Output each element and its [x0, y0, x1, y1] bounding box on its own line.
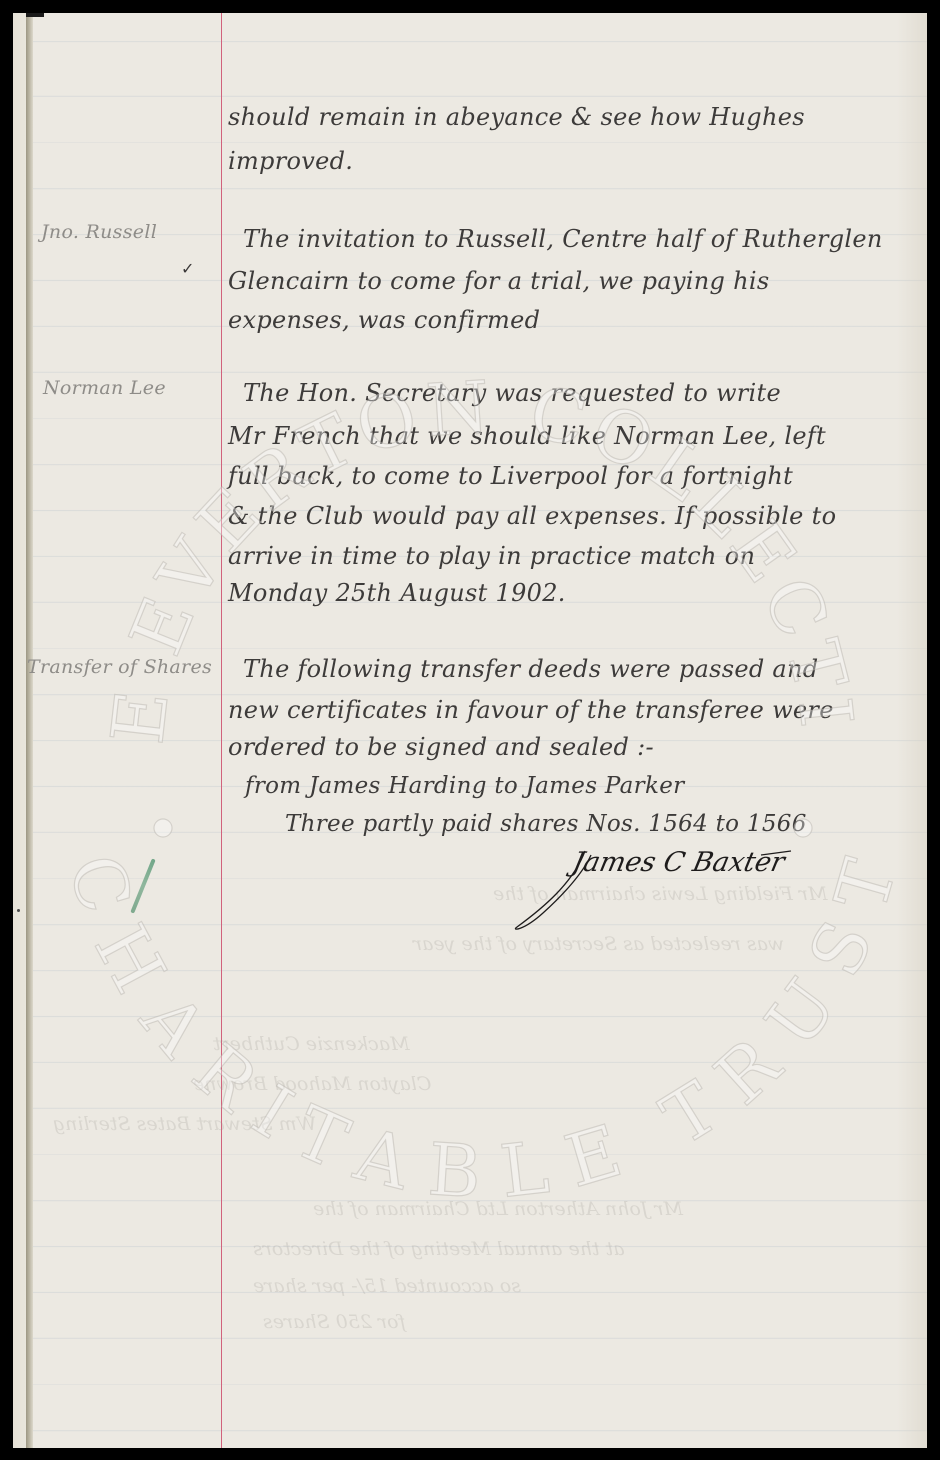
body-line: improved.	[228, 147, 353, 175]
body-line: The following transfer deeds were passed…	[243, 655, 818, 683]
body-line: Mr French that we should like Norman Lee…	[228, 422, 826, 450]
bleed-through-line: Mackenzie Cuthbert	[213, 1033, 410, 1055]
body-line: arrive in time to play in practice match…	[228, 542, 755, 570]
margin-label-transfer-of-shares: Transfer of Shares	[27, 656, 212, 678]
body-line: new certificates in favour of the transf…	[228, 696, 834, 724]
bleed-through-line: so accounted 15/- per share	[253, 1275, 521, 1297]
signature-flourish	[503, 843, 803, 933]
scan-frame: Mr Fielding Lewis chairman of the was re…	[0, 0, 940, 1460]
bleed-through-line: for 250 Shares	[263, 1311, 406, 1333]
bleed-through-line: Wm Stewart Bates Sterling	[53, 1113, 316, 1135]
bleed-through-line: at the annual Meeting of the Directors	[253, 1238, 625, 1260]
body-line: Glencairn to come for a trial, we paying…	[228, 267, 769, 295]
bleed-through-line: Mr John Atherton Ltd Chairman of the	[313, 1198, 683, 1220]
page-edge-shade	[897, 13, 927, 1448]
checkmark-icon: ✓	[181, 259, 194, 278]
body-line: full back, to come to Liverpool for a fo…	[228, 462, 793, 490]
binding-gutter	[26, 13, 33, 1448]
body-line: expenses, was confirmed	[228, 306, 540, 334]
bleed-through-line: was reelected as Secretary of the year	[413, 933, 784, 955]
body-line: from James Harding to James Parker	[245, 773, 684, 799]
ink-speck	[17, 909, 20, 912]
bleed-through-line: Clayton Mahood Browne	[193, 1073, 431, 1095]
margin-label-norman-lee: Norman Lee	[43, 377, 166, 399]
ledger-page: Mr Fielding Lewis chairman of the was re…	[13, 13, 927, 1448]
body-line: Monday 25th August 1902.	[228, 579, 566, 607]
margin-label-russell: Jno. Russell	[41, 221, 157, 243]
body-line: The invitation to Russell, Centre half o…	[243, 225, 883, 253]
body-line: ordered to be signed and sealed :-	[228, 733, 654, 761]
binding-strip	[13, 13, 26, 1448]
body-line: The Hon. Secretary was requested to writ…	[243, 379, 781, 407]
margin-rule	[221, 13, 222, 1448]
body-line: should remain in abeyance & see how Hugh…	[228, 103, 805, 131]
body-line: & the Club would pay all expenses. If po…	[228, 502, 836, 530]
body-line: Three partly paid shares Nos. 1564 to 15…	[285, 811, 807, 837]
